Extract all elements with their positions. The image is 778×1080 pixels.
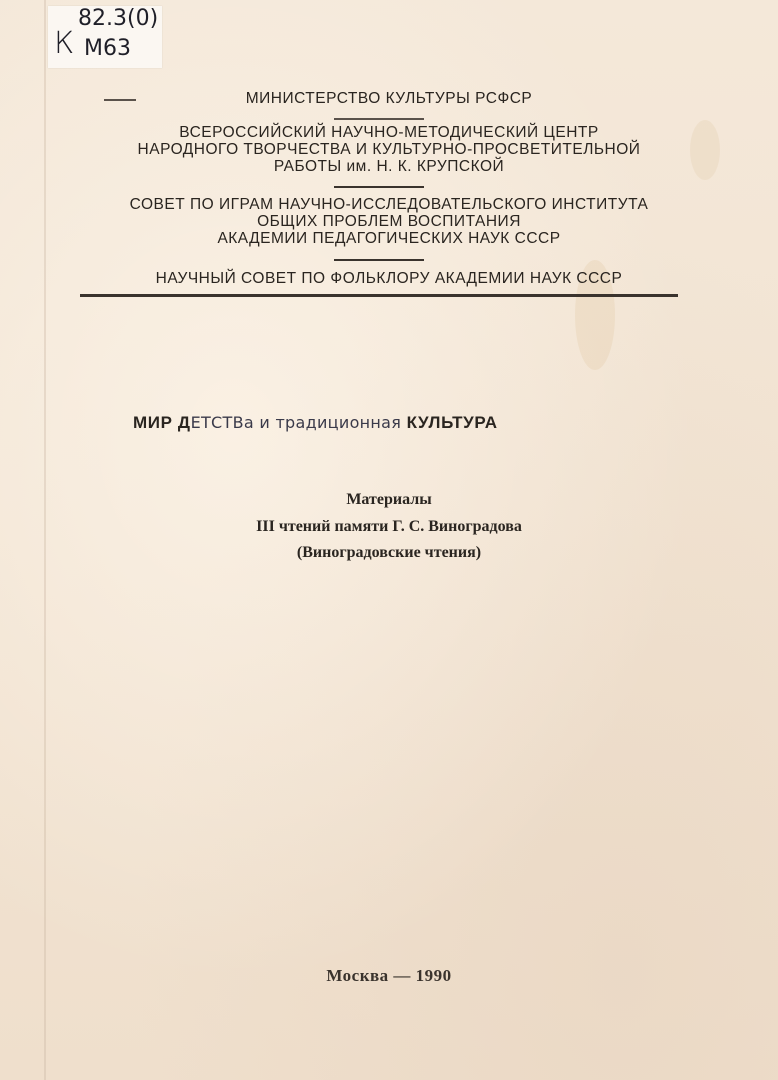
subtitle-vinogradov: (Виноградовские чтения): [0, 544, 778, 562]
folklore-council-heading: НАУЧНЫЙ СОВЕТ ПО ФОЛЬКЛОРУ АКАДЕМИИ НАУК…: [0, 270, 778, 288]
council-heading-line2: ОБЩИХ ПРОБЛЕМ ВОСПИТАНИЯ: [0, 213, 778, 231]
book-title: МИР ДЕТСТВа и традиционная КУЛЬТУРА: [133, 413, 498, 433]
subtitle-readings: III чтений памяти Г. С. Виноградова: [0, 518, 778, 536]
title-handwritten-part: ЕТСТВа и традиционная: [191, 413, 407, 432]
title-printed-part2: КУЛЬТУРА: [407, 413, 498, 432]
center-heading-line1: ВСЕРОССИЙСКИЙ НАУЧНО-МЕТОДИЧЕСКИЙ ЦЕНТР: [0, 124, 778, 142]
ministry-heading: МИНИСТЕРСТВО КУЛЬТУРЫ РСФСР: [0, 90, 778, 108]
center-heading-line3: РАБОТЫ им. Н. К. КРУПСКОЙ: [0, 158, 778, 176]
call-number-class: 82.3(0): [78, 6, 158, 31]
document-page: К 82.3(0) М63 МИНИСТЕРСТВО КУЛЬТУРЫ РСФС…: [0, 0, 778, 1080]
subtitle-materials: Материалы: [0, 491, 778, 509]
title-printed-part1: МИР Д: [133, 413, 191, 432]
council-heading-line3: АКАДЕМИИ ПЕДАГОГИЧЕСКИХ НАУК СССР: [0, 230, 778, 248]
center-heading-line2: НАРОДНОГО ТВОРЧЕСТВА И КУЛЬТУРНО-ПРОСВЕТ…: [0, 141, 778, 159]
divider: [334, 186, 424, 188]
council-heading-line1: СОВЕТ ПО ИГРАМ НАУЧНО-ИССЛЕДОВАТЕЛЬСКОГО…: [0, 196, 778, 214]
header-bottom-rule: [80, 294, 678, 297]
imprint: Москва — 1990: [0, 966, 778, 986]
divider: [334, 259, 424, 261]
call-number-prefix: К: [54, 26, 74, 61]
call-number-author-mark: М63: [84, 36, 131, 61]
divider: [334, 118, 424, 120]
